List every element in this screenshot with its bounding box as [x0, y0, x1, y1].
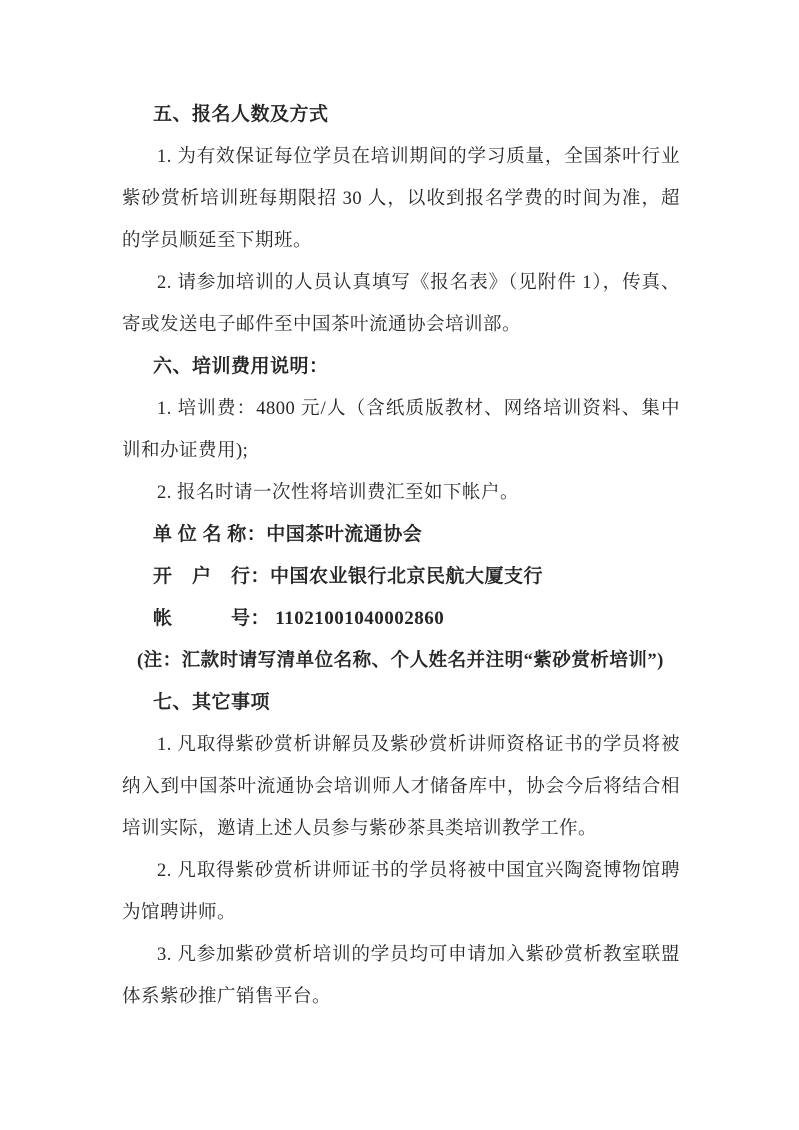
section-six-heading: 六、培训费用说明：	[153, 346, 680, 388]
paragraph-line: 3. 凡参加紫砂赏析培训的学员均可申请加入紫砂赏析教室联盟	[157, 934, 680, 976]
paragraph-line: 的学员顺延至下期班。	[122, 220, 680, 262]
paragraph-line: 培训实际，邀请上述人员参与紫砂茶具类培训教学工作。	[122, 808, 680, 850]
remittance-note-line: (注：汇款时请写清单位名称、个人姓名并注明“紫砂赏析培训”)	[137, 640, 680, 682]
paragraph-line: 寄或发送电子邮件至中国茶叶流通协会培训部。	[122, 304, 680, 346]
paragraph-line: 2. 请参加培训的人员认真填写《报名表》（见附件 1），传真、邮	[157, 262, 680, 304]
section-seven-heading: 七、其它事项	[153, 682, 680, 724]
paragraph-line: 1. 凡取得紫砂赏析讲解员及紫砂赏析讲师资格证书的学员将被	[157, 724, 680, 766]
paragraph-line: 体系紫砂推广销售平台。	[122, 976, 680, 1018]
bank-branch-line: 开 户 行：中国农业银行北京民航大厦支行	[153, 556, 680, 598]
paragraph-line: 纳入到中国茶叶流通协会培训师人才储备库中，协会今后将结合相关	[122, 766, 680, 808]
paragraph-line: 为馆聘讲师。	[122, 892, 680, 934]
section-five-heading: 五、报名人数及方式	[153, 94, 680, 136]
paragraph-line: 训和办证费用);	[122, 430, 680, 472]
document-page: 五、报名人数及方式 1. 为有效保证每位学员在培训期间的学习质量，全国茶叶行业 …	[0, 0, 799, 1130]
paragraph-line: 1. 培训费：4800 元/人（含纸质版教材、网络培训资料、集中培	[157, 388, 680, 430]
paragraph-line: 1. 为有效保证每位学员在培训期间的学习质量，全国茶叶行业	[157, 136, 680, 178]
paragraph-line: 2. 凡取得紫砂赏析讲师证书的学员将被中国宜兴陶瓷博物馆聘	[157, 850, 680, 892]
bank-account-number-line: 帐 号： 11021001040002860	[153, 598, 680, 640]
paragraph-line: 紫砂赏析培训班每期限招 30 人，以收到报名学费的时间为准，超出	[122, 178, 680, 220]
paragraph-line: 2. 报名时请一次性将培训费汇至如下帐户。	[157, 472, 680, 514]
bank-account-name-line: 单 位 名 称：中国茶叶流通协会	[153, 514, 680, 556]
